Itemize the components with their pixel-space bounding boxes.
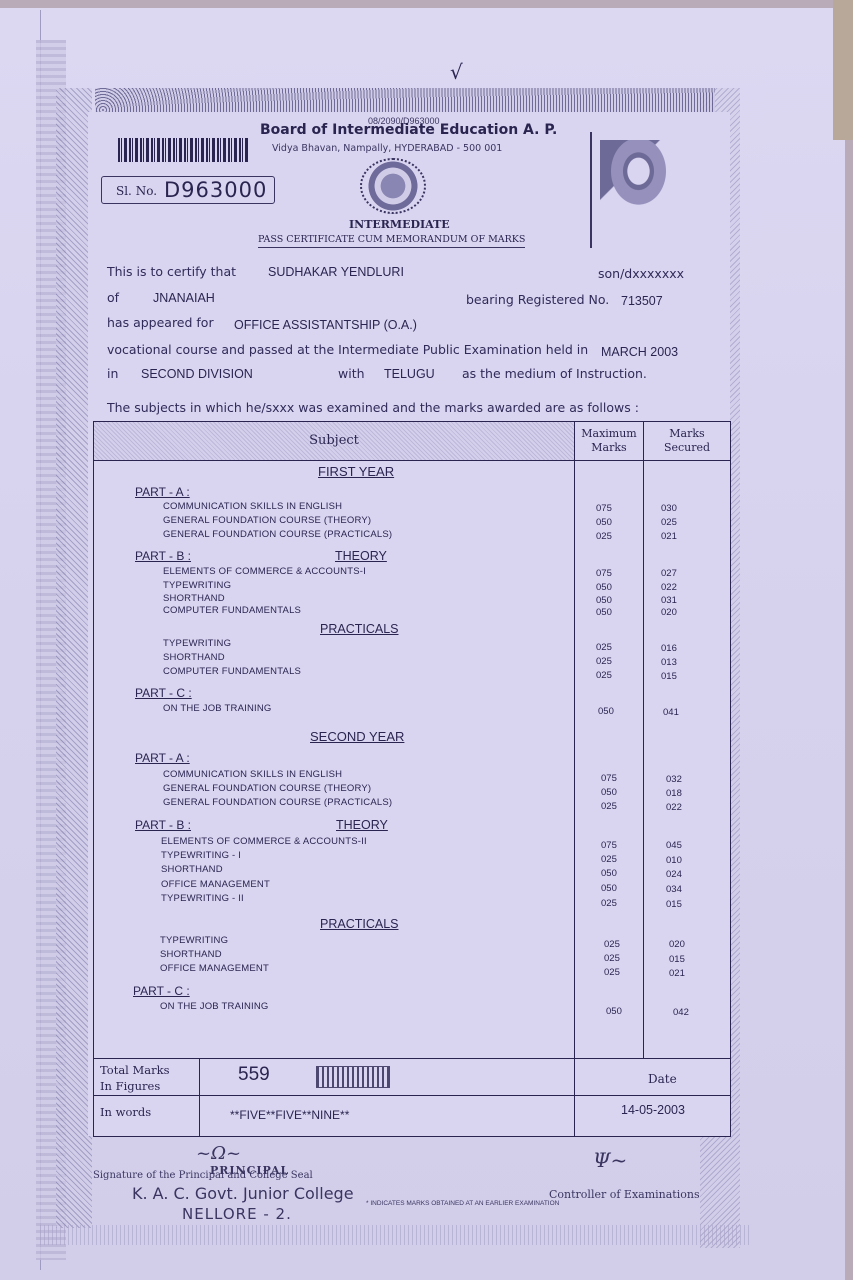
exam-session: MARCH 2003 (601, 345, 678, 359)
marks-secured: 045 (666, 840, 682, 851)
registered-label: bearing Registered No. (466, 292, 609, 307)
marks-secured: 041 (663, 707, 679, 718)
principal-stamp: PRINCIPAL (210, 1164, 289, 1177)
serial-number: D963000 (164, 178, 267, 202)
subject-name: GENERAL FOUNDATION COURSE (THEORY) (163, 515, 371, 526)
check-mark-icon: √ (450, 60, 463, 84)
fy-practicals-heading: PRACTICALS (320, 622, 399, 636)
marks-secured: 013 (661, 657, 677, 668)
serial-number-box: Sl. No. D963000 (101, 176, 275, 204)
registered-number: 713507 (621, 294, 663, 308)
fy-theory-heading: THEORY (335, 549, 387, 563)
subject-name: COMPUTER FUNDAMENTALS (163, 666, 301, 677)
max-marks: 025 (596, 642, 612, 653)
photo-portrait (600, 140, 670, 218)
max-marks: 025 (601, 854, 617, 865)
sy-part-a-label: PART - A : (135, 751, 190, 765)
serial-label: Sl. No. (116, 184, 157, 198)
table-header: Subject Maximum Marks Marks Secured (94, 422, 730, 461)
fy-part-b-label: PART - B : (135, 549, 191, 563)
header-sec-line1: Marks (644, 427, 730, 441)
subject-name: ELEMENTS OF COMMERCE & ACCOUNTS-II (161, 836, 367, 847)
header-subject: Subject (94, 422, 574, 460)
parent-name: JNANAIAH (153, 291, 215, 305)
total-label-line2: In Figures (100, 1078, 170, 1094)
subject-name: TYPEWRITING - I (161, 850, 241, 861)
max-marks: 075 (596, 568, 612, 579)
subject-name: TYPEWRITING (163, 580, 231, 591)
subject-name: ON THE JOB TRAINING (160, 1001, 269, 1012)
background-surface (833, 0, 853, 140)
header-sec-line2: Secured (644, 441, 730, 455)
barcode (118, 138, 248, 162)
subject-name: ON THE JOB TRAINING (163, 703, 272, 714)
in-label: in (107, 366, 118, 381)
max-marks: 025 (604, 939, 620, 950)
marks-secured: 016 (661, 643, 677, 654)
totals-section: Total Marks In Figures 559 In words **FI… (94, 1058, 730, 1137)
bottom-border-pattern (40, 1225, 750, 1245)
column-divider (643, 460, 644, 1058)
subject-name: TYPEWRITING (163, 638, 231, 649)
max-marks: 025 (601, 801, 617, 812)
earlier-exam-note: * INDICATES MARKS OBTAINED AT AN EARLIER… (366, 1200, 559, 1207)
subject-name: GENERAL FOUNDATION COURSE (PRACTICALS) (163, 529, 392, 540)
certify-label: This is to certify that (107, 264, 236, 279)
subject-name: TYPEWRITING (160, 935, 228, 946)
sy-theory-heading: THEORY (336, 818, 388, 832)
subject-name: TYPEWRITING - II (161, 893, 244, 904)
first-year-heading: FIRST YEAR (318, 464, 394, 479)
max-marks: 075 (596, 503, 612, 514)
subject-name: SHORTHAND (163, 652, 225, 663)
top-border-pattern (95, 88, 715, 112)
marks-secured: 042 (673, 1007, 689, 1018)
appeared-label: has appeared for (107, 315, 214, 330)
marks-secured: 020 (661, 607, 677, 618)
totals-divider (574, 1059, 575, 1137)
candidate-photo (590, 132, 700, 228)
marks-secured: 025 (661, 517, 677, 528)
with-label: with (338, 366, 365, 381)
subject-name: SHORTHAND (163, 593, 225, 604)
subject-name: SHORTHAND (160, 949, 222, 960)
sy-part-c-label: PART - C : (133, 984, 190, 998)
marks-secured: 021 (661, 531, 677, 542)
passed-text: vocational course and passed at the Inte… (107, 342, 588, 357)
medium: TELUGU (384, 367, 435, 381)
max-marks: 025 (604, 967, 620, 978)
candidate-name: SUDHAKAR YENDLURI (268, 265, 404, 279)
max-marks: 025 (604, 953, 620, 964)
subject-name: COMMUNICATION SKILLS IN ENGLISH (163, 769, 342, 780)
board-address: Vidya Bhavan, Nampally, HYDERABAD - 500 … (272, 143, 502, 154)
max-marks: 050 (598, 706, 614, 717)
subjects-intro: The subjects in which he/sxxx was examin… (107, 400, 639, 415)
subject-name: GENERAL FOUNDATION COURSE (PRACTICALS) (163, 797, 392, 808)
max-marks: 025 (596, 670, 612, 681)
second-year-heading: SECOND YEAR (310, 729, 404, 744)
marks-table: Subject Maximum Marks Marks Secured FIRS… (93, 421, 731, 1137)
marks-secured: 030 (661, 503, 677, 514)
subject-name: COMMUNICATION SKILLS IN ENGLISH (163, 501, 342, 512)
marks-secured: 024 (666, 869, 682, 880)
max-marks: 050 (596, 517, 612, 528)
max-marks: 050 (601, 883, 617, 894)
marks-secured: 015 (661, 671, 677, 682)
issue-date: 14-05-2003 (621, 1103, 685, 1117)
medium-suffix: as the medium of Instruction. (462, 366, 647, 381)
max-marks: 025 (596, 531, 612, 542)
marks-secured: 034 (666, 884, 682, 895)
header-max-marks: Maximum Marks (574, 422, 643, 460)
total-stamp-icon (316, 1066, 390, 1088)
subject-name: SHORTHAND (161, 864, 223, 875)
header-max-line1: Maximum (575, 427, 643, 441)
marks-secured: 020 (669, 939, 685, 950)
max-marks: 075 (601, 840, 617, 851)
total-marks-figures: 559 (238, 1064, 270, 1086)
total-marks-label: Total Marks In Figures (100, 1062, 170, 1094)
max-marks: 025 (601, 898, 617, 909)
relation-label: son/dxxxxxxx (598, 266, 684, 281)
college-stamp-name: K. A. C. Govt. Junior College (132, 1184, 354, 1203)
principal-signature: ~Ω~ (196, 1143, 241, 1164)
left-border-pattern (56, 88, 92, 1228)
marks-secured: 022 (666, 802, 682, 813)
photo-frame-line (590, 132, 592, 248)
controller-label: Controller of Examinations (549, 1188, 700, 1201)
certificate-subtitle: PASS CERTIFICATE CUM MEMORANDUM OF MARKS (258, 234, 525, 248)
max-marks: 050 (601, 868, 617, 879)
course-name: OFFICE ASSISTANTSHIP (O.A.) (234, 318, 417, 332)
subject-name: OFFICE MANAGEMENT (161, 879, 270, 890)
board-name: Board of Intermediate Education A. P. (260, 122, 557, 138)
header-max-line2: Marks (575, 441, 643, 455)
totals-divider (94, 1095, 730, 1096)
marks-secured: 010 (666, 855, 682, 866)
marks-secured: 027 (661, 568, 677, 579)
sy-practicals-heading: PRACTICALS (320, 917, 399, 931)
marks-secured: 015 (666, 899, 682, 910)
marks-secured: 031 (661, 595, 677, 606)
controller-signature: Ψ~ (593, 1148, 627, 1172)
marks-secured: 032 (666, 774, 682, 785)
subject-name: COMPUTER FUNDAMENTALS (163, 605, 301, 616)
total-marks-words: **FIVE**FIVE**NINE** (230, 1108, 349, 1122)
total-label-line1: Total Marks (100, 1062, 170, 1078)
max-marks: 050 (596, 582, 612, 593)
marks-secured: 018 (666, 788, 682, 799)
header-marks-secured: Marks Secured (643, 422, 730, 460)
emblem-seal-icon (360, 158, 426, 214)
in-words-label: In words (100, 1105, 151, 1119)
marks-secured: 022 (661, 582, 677, 593)
column-divider (574, 460, 575, 1058)
max-marks: 050 (596, 595, 612, 606)
college-stamp-city: NELLORE - 2. (182, 1205, 292, 1223)
max-marks: 025 (596, 656, 612, 667)
fy-part-a-label: PART - A : (135, 485, 190, 499)
max-marks: 050 (606, 1006, 622, 1017)
max-marks: 050 (596, 607, 612, 618)
fy-part-c-label: PART - C : (135, 686, 192, 700)
of-label: of (107, 290, 119, 305)
max-marks: 050 (601, 787, 617, 798)
certificate-type: INTERMEDIATE (349, 218, 450, 231)
marks-secured: 015 (669, 954, 685, 965)
totals-divider (199, 1059, 200, 1137)
max-marks: 075 (601, 773, 617, 784)
sy-part-b-label: PART - B : (135, 818, 191, 832)
division: SECOND DIVISION (141, 367, 253, 381)
subject-name: OFFICE MANAGEMENT (160, 963, 269, 974)
marks-secured: 021 (669, 968, 685, 979)
subject-name: ELEMENTS OF COMMERCE & ACCOUNTS-I (163, 566, 366, 577)
subject-name: GENERAL FOUNDATION COURSE (THEORY) (163, 783, 371, 794)
date-label: Date (648, 1072, 677, 1086)
